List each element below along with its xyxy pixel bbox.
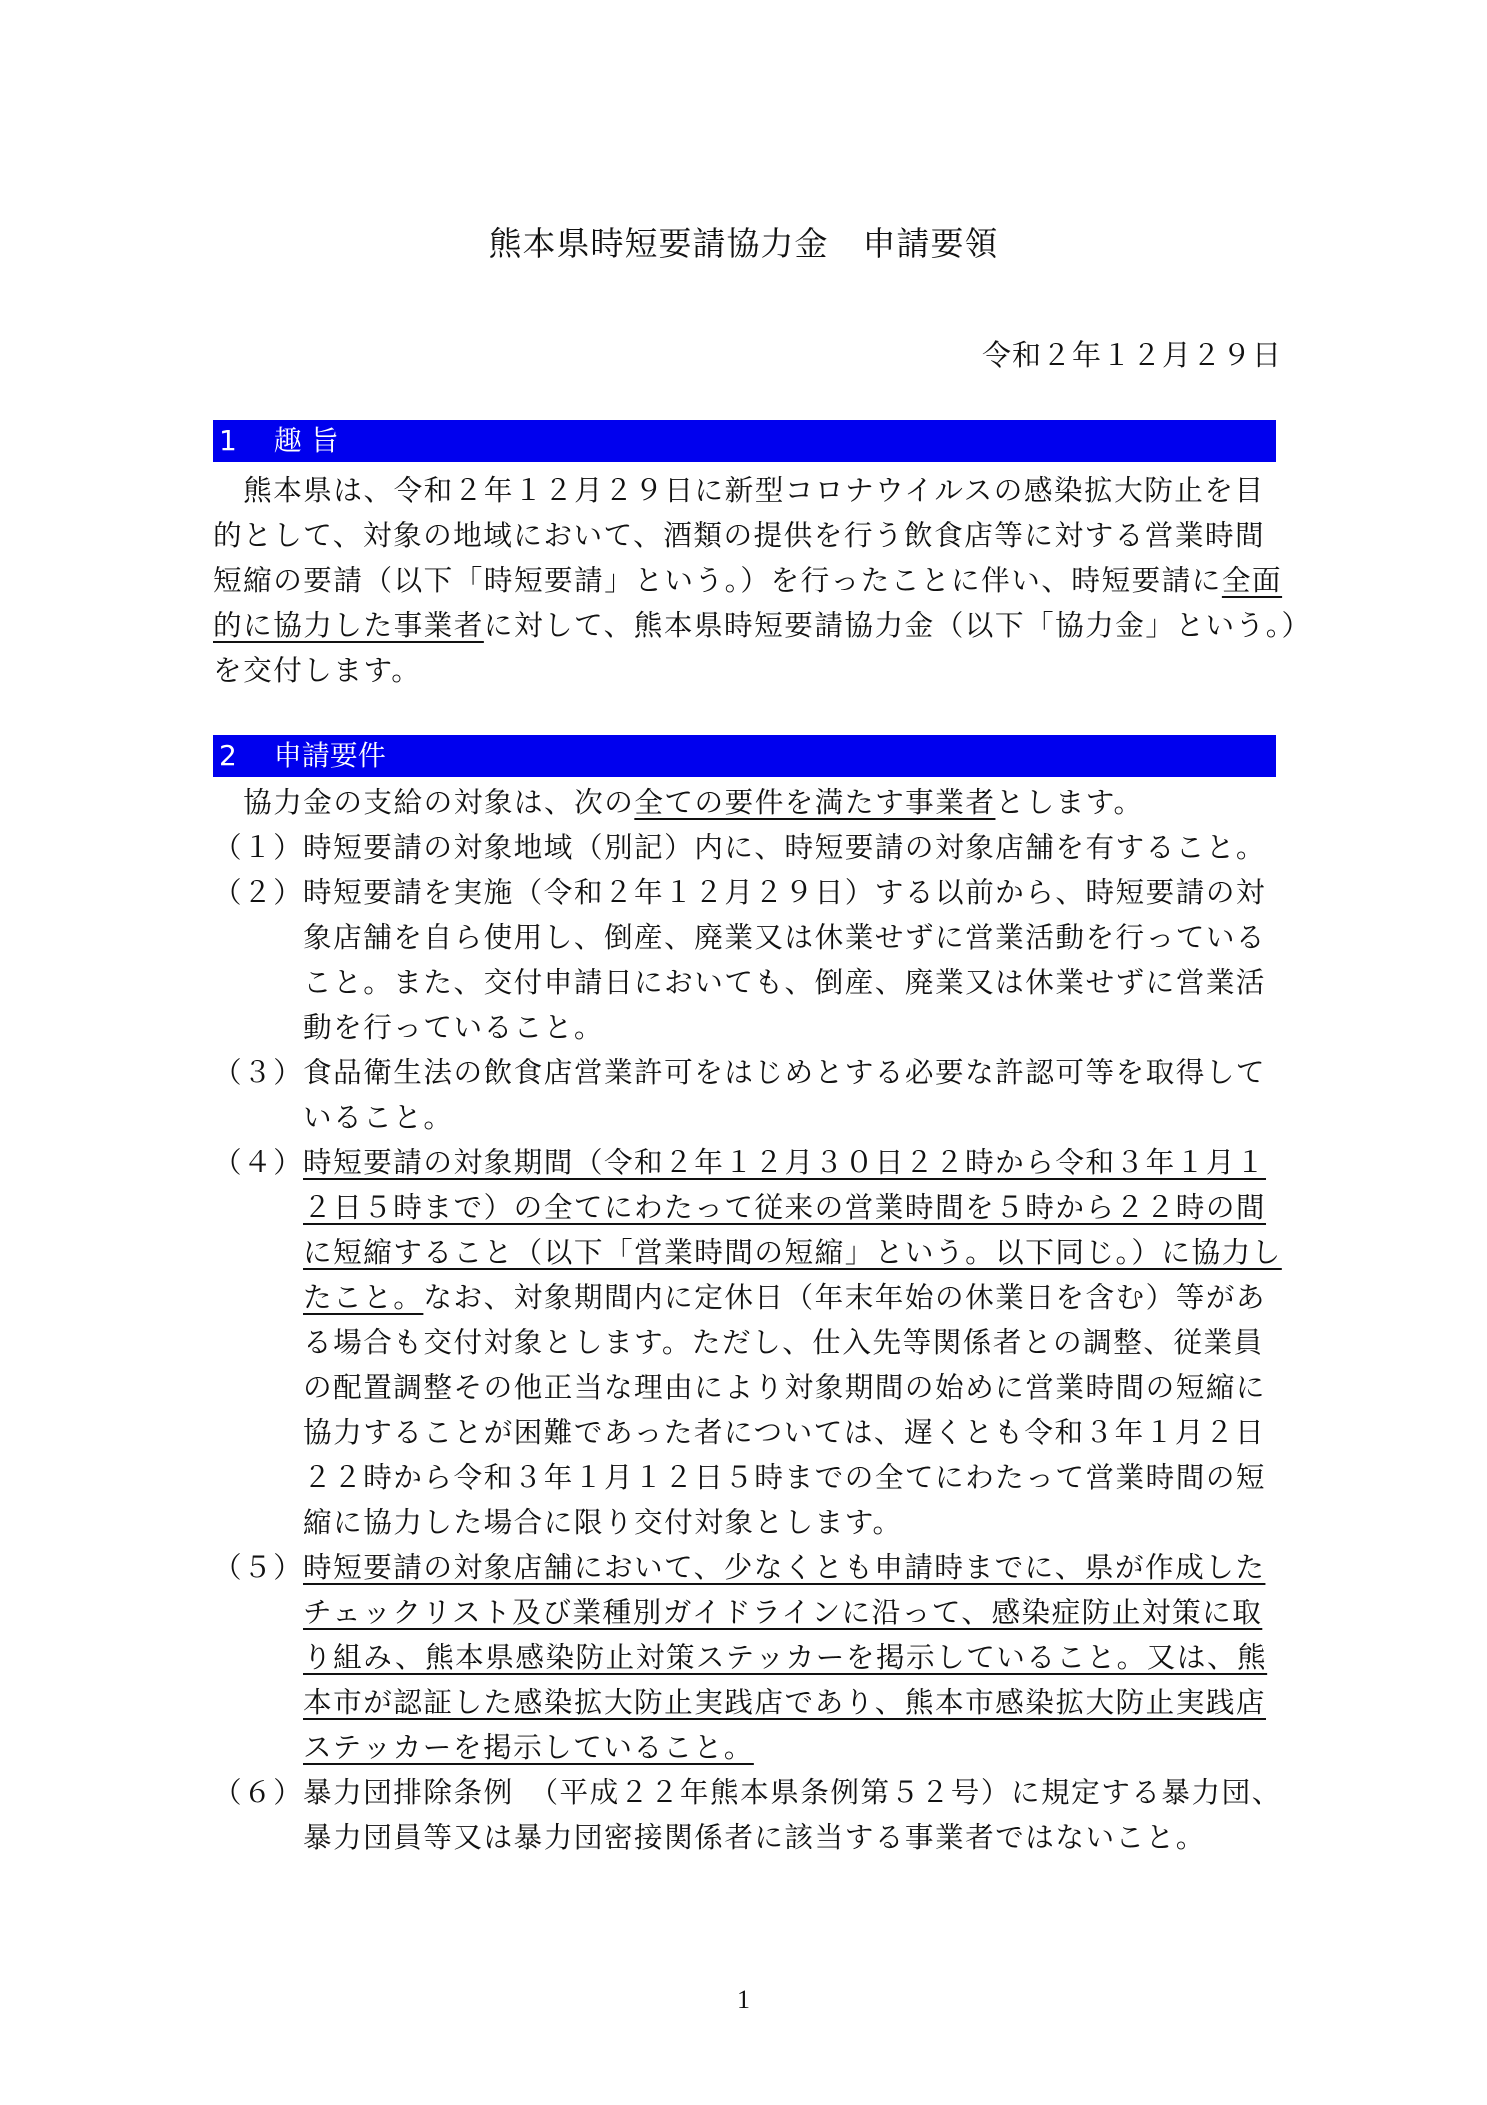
underlined-text: 本市が認証した感染拡大防止実践店であり、熊本市感染拡大防止実践店 (303, 1685, 1266, 1719)
text-span: る場合も交付対象とします。ただし、仕入先等関係者との調整、従業員 (303, 1325, 1264, 1359)
text-line: いること。 (303, 1095, 1293, 1140)
text-span: いること。 (303, 1100, 453, 1134)
section-1-heading: 1 趣 旨 (213, 420, 1276, 462)
requirement-item: （６）暴力団排除条例 （平成２２年熊本県条例第５２号）に規定する暴力団、暴力団員… (213, 1770, 1293, 1860)
requirement-number: （２） (213, 870, 303, 1050)
text-span: 短縮の要請（以下「時短要請」という。）を行ったことに伴い、時短要請に (213, 563, 1222, 597)
text-line: ２日５時まで）の全てにわたって従来の営業時間を５時から２２時の間 (303, 1185, 1293, 1230)
underlined-text: たこと。 (303, 1280, 423, 1314)
text-line: 時短要請の対象地域（別記）内に、時短要請の対象店舗を有すること。 (303, 825, 1293, 870)
underlined-text: ステッカーを掲示していること。 (303, 1730, 754, 1764)
requirement-number: （５） (213, 1545, 303, 1770)
section-1-body: 熊本県は、令和２年１２月２９日に新型コロナウイルスの感染拡大防止を目的として、対… (213, 468, 1283, 693)
document-title: 熊本県時短要請協力金 申請要領 (0, 218, 1487, 265)
text-line: に短縮すること（以下「営業時間の短縮」という。以下同じ。）に協力し (303, 1230, 1293, 1275)
text-span: 協力金の支給の対象は、次の (213, 785, 634, 819)
section-2-heading: 2 申請要件 (213, 735, 1276, 777)
text-line: る場合も交付対象とします。ただし、仕入先等関係者との調整、従業員 (303, 1320, 1293, 1365)
text-span: 時短要請の対象地域（別記）内に、時短要請の対象店舗を有すること。 (303, 830, 1266, 864)
text-span: 暴力団排除条例 （平成２２年熊本県条例第５２号）に規定する暴力団、 (303, 1775, 1282, 1809)
underlined-text: に短縮すること（以下「営業時間の短縮」という。以下同じ。）に協力し (303, 1235, 1282, 1269)
text-span: 協力することが困難であった者については、遅くとも令和３年１月２日 (303, 1415, 1265, 1449)
underlined-text: 的に協力した事業者 (213, 608, 484, 642)
text-span: の配置調整その他正当な理由により対象期間の始めに営業時間の短縮に (303, 1370, 1266, 1404)
underlined-text: 時短要請の対象期間（令和２年１２月３０日２２時から令和３年１月１ (303, 1145, 1266, 1179)
text-line: 食品衛生法の飲食店営業許可をはじめとする必要な許認可等を取得して (303, 1050, 1293, 1095)
underlined-text: 時短要請の対象店舗において、少なくとも申請時までに、県が作成した (303, 1550, 1265, 1584)
text-line: ステッカーを掲示していること。 (303, 1725, 1293, 1770)
requirement-text: 時短要請を実施（令和２年１２月２９日）する以前から、時短要請の対象店舗を自ら使用… (303, 870, 1293, 1050)
text-line: 的として、対象の地域において、酒類の提供を行う飲食店等に対する営業時間 (213, 513, 1283, 558)
text-span: 象店舗を自ら使用し、倒産、廃業又は休業せずに営業活動を行っている (303, 920, 1266, 954)
requirement-item: （３）食品衛生法の飲食店営業許可をはじめとする必要な許認可等を取得していること。 (213, 1050, 1293, 1140)
underlined-text: 全面 (1222, 563, 1282, 597)
underlined-text: り組み、熊本県感染防止対策ステッカーを掲示していること。又は、熊 (303, 1640, 1267, 1674)
underlined-text: チェックリスト及び業種別ガイドラインに沿って、感染症防止対策に取 (303, 1595, 1262, 1629)
text-span: 暴力団員等又は暴力団密接関係者に該当する事業者ではないこと。 (303, 1820, 1206, 1854)
requirement-number: （１） (213, 825, 303, 870)
text-span: 動を行っていること。 (303, 1010, 604, 1044)
text-line: 短縮の要請（以下「時短要請」という。）を行ったことに伴い、時短要請に全面 (213, 558, 1283, 603)
text-line: 動を行っていること。 (303, 1005, 1293, 1050)
text-span: 縮に協力した場合に限り交付対象とします。 (303, 1505, 903, 1539)
text-line: 時短要請を実施（令和２年１２月２９日）する以前から、時短要請の対 (303, 870, 1293, 915)
text-span: 時短要請を実施（令和２年１２月２９日）する以前から、時短要請の対 (303, 875, 1266, 909)
requirement-text: 時短要請の対象期間（令和２年１２月３０日２２時から令和３年１月１２日５時まで）の… (303, 1140, 1293, 1545)
requirement-item: （５）時短要請の対象店舗において、少なくとも申請時までに、県が作成したチェックリ… (213, 1545, 1293, 1770)
requirements-list: （１）時短要請の対象地域（別記）内に、時短要請の対象店舗を有すること。（２）時短… (213, 825, 1293, 1860)
text-line: 暴力団排除条例 （平成２２年熊本県条例第５２号）に規定する暴力団、 (303, 1770, 1293, 1815)
text-line: 時短要請の対象店舗において、少なくとも申請時までに、県が作成した (303, 1545, 1293, 1590)
text-line: チェックリスト及び業種別ガイドラインに沿って、感染症防止対策に取 (303, 1590, 1293, 1635)
underlined-text: 全ての要件を満たす事業者 (634, 785, 995, 819)
requirement-item: （２）時短要請を実施（令和２年１２月２９日）する以前から、時短要請の対象店舗を自… (213, 870, 1293, 1050)
text-line: 暴力団員等又は暴力団密接関係者に該当する事業者ではないこと。 (303, 1815, 1293, 1860)
text-line: 協力することが困難であった者については、遅くとも令和３年１月２日 (303, 1410, 1293, 1455)
requirement-item: （１）時短要請の対象地域（別記）内に、時短要請の対象店舗を有すること。 (213, 825, 1293, 870)
underlined-text: ２日５時まで）の全てにわたって従来の営業時間を５時から２２時の間 (303, 1190, 1266, 1224)
text-line: 的に協力した事業者に対して、熊本県時短要請協力金（以下「協力金」という。） (213, 603, 1283, 648)
text-line: を交付します。 (213, 648, 1283, 693)
requirement-text: 時短要請の対象店舗において、少なくとも申請時までに、県が作成したチェックリスト及… (303, 1545, 1293, 1770)
requirement-item: （４）時短要請の対象期間（令和２年１２月３０日２２時から令和３年１月１２日５時ま… (213, 1140, 1293, 1545)
text-line: こと。また、交付申請日においても、倒産、廃業又は休業せずに営業活 (303, 960, 1293, 1005)
text-line: たこと。なお、対象期間内に定休日（年末年始の休業日を含む）等があ (303, 1275, 1293, 1320)
text-line: の配置調整その他正当な理由により対象期間の始めに営業時間の短縮に (303, 1365, 1293, 1410)
text-span: 的として、対象の地域において、酒類の提供を行う飲食店等に対する営業時間 (213, 518, 1265, 552)
text-span: こと。また、交付申請日においても、倒産、廃業又は休業せずに営業活 (303, 965, 1266, 999)
text-line: り組み、熊本県感染防止対策ステッカーを掲示していること。又は、熊 (303, 1635, 1293, 1680)
text-line: 協力金の支給の対象は、次の全ての要件を満たす事業者とします。 (213, 780, 1283, 825)
text-line: 熊本県は、令和２年１２月２９日に新型コロナウイルスの感染拡大防止を目 (213, 468, 1283, 513)
section-2-intro: 協力金の支給の対象は、次の全ての要件を満たす事業者とします。 (213, 780, 1283, 825)
text-span: ２２時から令和３年１月１２日５時までの全てにわたって営業時間の短 (303, 1460, 1266, 1494)
text-span: とします。 (995, 785, 1143, 819)
text-line: 象店舗を自ら使用し、倒産、廃業又は休業せずに営業活動を行っている (303, 915, 1293, 960)
document-date: 令和２年１２月２９日 (982, 333, 1282, 374)
text-span: なお、対象期間内に定休日（年末年始の休業日を含む）等があ (423, 1280, 1266, 1314)
requirement-text: 時短要請の対象地域（別記）内に、時短要請の対象店舗を有すること。 (303, 825, 1293, 870)
requirement-number: （４） (213, 1140, 303, 1545)
document-page: 熊本県時短要請協力金 申請要領 令和２年１２月２９日 1 趣 旨 熊本県は、令和… (0, 0, 1487, 2105)
text-line: ２２時から令和３年１月１２日５時までの全てにわたって営業時間の短 (303, 1455, 1293, 1500)
text-line: 時短要請の対象期間（令和２年１２月３０日２２時から令和３年１月１ (303, 1140, 1293, 1185)
requirement-number: （６） (213, 1770, 303, 1860)
text-span: 熊本県は、令和２年１２月２９日に新型コロナウイルスの感染拡大防止を目 (213, 473, 1265, 507)
text-span: を交付します。 (213, 653, 421, 687)
requirement-text: 食品衛生法の飲食店営業許可をはじめとする必要な許認可等を取得していること。 (303, 1050, 1293, 1140)
page-number: 1 (0, 1985, 1487, 2015)
requirement-text: 暴力団排除条例 （平成２２年熊本県条例第５２号）に規定する暴力団、暴力団員等又は… (303, 1770, 1293, 1860)
text-span: に対して、熊本県時短要請協力金（以下「協力金」という。） (484, 608, 1312, 642)
requirement-number: （３） (213, 1050, 303, 1140)
text-span: 食品衛生法の飲食店営業許可をはじめとする必要な許認可等を取得して (303, 1055, 1266, 1089)
text-line: 縮に協力した場合に限り交付対象とします。 (303, 1500, 1293, 1545)
text-line: 本市が認証した感染拡大防止実践店であり、熊本市感染拡大防止実践店 (303, 1680, 1293, 1725)
